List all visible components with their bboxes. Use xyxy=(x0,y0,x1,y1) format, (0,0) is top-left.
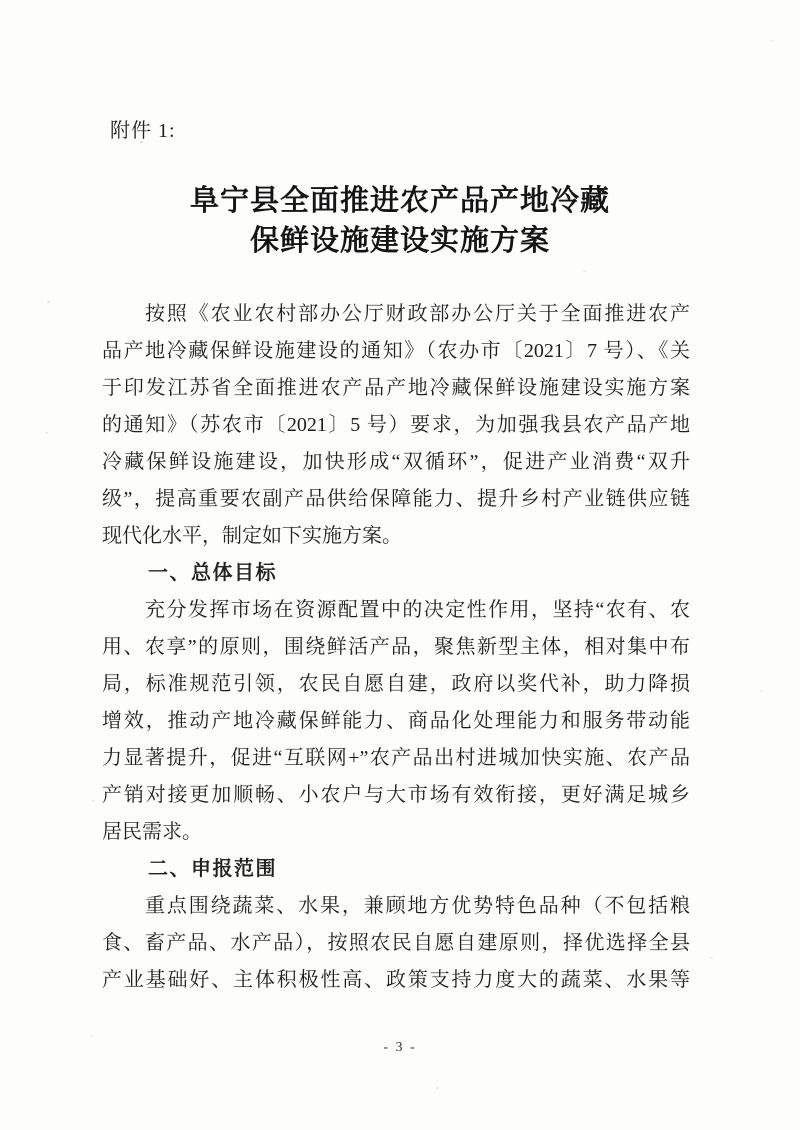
paragraph-line: 于印发江苏省全面推进农产品产地冷藏保鲜设施建设实施方案 xyxy=(102,370,690,407)
paragraph-line: 产业基础好、主体积极性高、政策支持力度大的蔬菜、水果等 xyxy=(102,962,690,999)
paragraph-line: 品产地冷藏保鲜设施建设的通知》（农办市〔2021〕7 号）、《关 xyxy=(102,333,690,370)
paragraph-line: 产销对接更加顺畅、小农户与大市场有效衔接，更好满足城乡 xyxy=(102,777,690,814)
paragraph-line: 居民需求。 xyxy=(102,814,690,851)
paragraph-line: 级”，提高重要农副产品供给保障能力、提升乡村产业链供应链 xyxy=(102,481,690,518)
paragraph-line: 的通知》（苏农市〔2021〕5 号）要求，为加强我县农产品产地 xyxy=(102,407,690,444)
paragraph-line: 按照《农业农村部办公厅财政部办公厅关于全面推进农产 xyxy=(102,296,690,333)
paragraph-line: 现代化水平，制定如下实施方案。 xyxy=(102,518,690,555)
document-page: 附件 1: 阜宁县全面推进农产品产地冷藏 保鲜设施建设实施方案 按照《农业农村部… xyxy=(0,0,800,1130)
document-title-line-2: 保鲜设施建设实施方案 xyxy=(0,221,800,261)
paragraph-line: 用、农享”的原则，围绕鲜活产品，聚焦新型主体，相对集中布 xyxy=(102,629,690,666)
paragraph-line: 冷藏保鲜设施建设，加快形成“双循环”，促进产业消费“双升 xyxy=(102,444,690,481)
section-heading: 二、申报范围 xyxy=(102,851,690,888)
section-heading: 一、总体目标 xyxy=(102,555,690,592)
document-title-line-1: 阜宁县全面推进农产品产地冷藏 xyxy=(0,181,800,221)
paragraph-line: 力显著提升，促进“互联网+”农产品出村进城加快实施、农产品 xyxy=(102,740,690,777)
document-title: 阜宁县全面推进农产品产地冷藏 保鲜设施建设实施方案 xyxy=(0,181,800,261)
paragraph-line: 重点围绕蔬菜、水果，兼顾地方优势特色品种（不包括粮 xyxy=(102,888,690,925)
paragraph-line: 充分发挥市场在资源配置中的决定性作用，坚持“农有、农 xyxy=(102,592,690,629)
paragraph-line: 增效，推动产地冷藏保鲜能力、商品化处理能力和服务带动能 xyxy=(102,703,690,740)
attachment-label: 附件 1: xyxy=(110,114,176,143)
document-body: 按照《农业农村部办公厅财政部办公厅关于全面推进农产品产地冷藏保鲜设施建设的通知》… xyxy=(102,296,690,999)
page-number: - 3 - xyxy=(0,1040,800,1056)
paragraph-line: 食、畜产品、水产品），按照农民自愿自建原则，择优选择全县 xyxy=(102,925,690,962)
paragraph-line: 局，标准规范引领，农民自愿自建，政府以奖代补，助力降损 xyxy=(102,666,690,703)
